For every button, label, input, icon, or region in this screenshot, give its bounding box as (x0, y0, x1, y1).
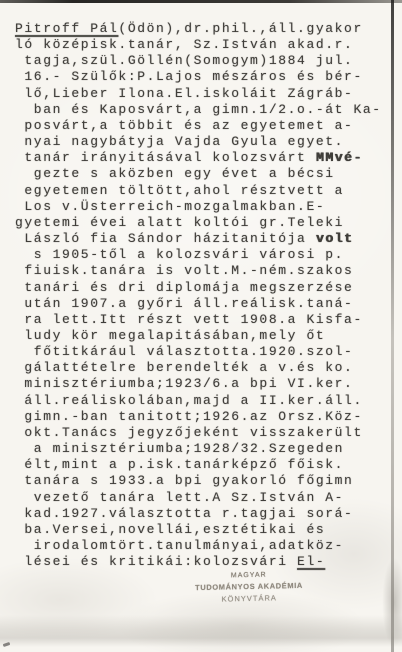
text-line: gimn.-ban tanitott;1926.az Orsz.Köz- (15, 409, 402, 425)
text-line: László fia Sándor házitanitója volt (15, 231, 402, 247)
text-line: főtitkárául választotta.1920.szol- (15, 344, 402, 360)
text-line: okt.Tanács jegyzőjeként visszakerült (15, 425, 402, 441)
text-line: tanári és dri diplomája megszerzése (15, 280, 402, 296)
text-line: tanár irányitásával kolozsvárt MMvé- (15, 150, 402, 166)
text-line: ban és Kaposvárt,a gimn.1/2.o.-át Ka- (15, 102, 402, 118)
text-line: tanára s 1933.a bpi gyakorló főgimn (15, 473, 402, 489)
text-line: kad.1927.választotta r.tagjai sorá- (15, 506, 402, 522)
text-line: ló középisk.tanár, Sz.István akad.r. (15, 37, 402, 53)
typewritten-text: Pitroff Pál(Ödön),dr.phil.,áll.gyakorló … (15, 21, 402, 570)
stamp-line-3: KÖNYVTÁRA (191, 592, 307, 606)
text-line: minisztériumba;1923/6.a bpi VI.ker. (15, 376, 402, 392)
text-line: posvárt,a többit és az egyetemet a- (15, 118, 402, 134)
text-line: egyetemen töltött,ahol résztvett a (15, 183, 402, 199)
text-line: áll.reáliskolában,majd a II.ker.áll. (15, 393, 402, 409)
text-line: élt,mint a p.isk.tanárképző főisk. (15, 457, 402, 473)
text-line: vezető tanára lett.A Sz.István A- (15, 490, 402, 506)
text-line: után 1907.a győri áll.reálisk.taná- (15, 296, 402, 312)
text-line: Los v.Üsterreich-mozgalmakban.E- (15, 199, 402, 215)
text-line: tagja,szül.Göllén(Somogym)1884 jul. (15, 53, 402, 69)
text-line: ba.Versei,novellái,esztétikai és (15, 522, 402, 538)
scanned-document-page: Pitroff Pál(Ödön),dr.phil.,áll.gyakorló … (0, 0, 402, 652)
text-line: ludy kör megalapitásában,mely őt (15, 328, 402, 344)
text-line: gyetemi évei alatt koltói gr.Teleki (15, 215, 402, 231)
text-line: irodalomtört.tanulmányai,adatköz- (15, 538, 402, 554)
text-line: Pitroff Pál(Ödön),dr.phil.,áll.gyakor (15, 21, 402, 37)
library-stamp: MAGYAR TUDOMÁNYOS AKADÉMIA KÖNYVTÁRA (191, 569, 308, 606)
text-line: lései és kritikái:kolozsvári El- (15, 554, 402, 570)
text-line: fiuisk.tanára is volt.M.-ném.szakos (15, 263, 402, 279)
scan-edge-top (0, 0, 402, 3)
text-line: s 1905-től a kolozsvári városi p. (15, 247, 402, 263)
text-line: gálattételre berendelték a v.és ko. (15, 360, 402, 376)
text-line: a minisztériumba;1928/32.Szegeden (15, 441, 402, 457)
text-line: lő,Lieber Ilona.El.iskoláit Zágráb- (15, 86, 402, 102)
text-line: gezte s aközben egy évet a bécsi (15, 166, 402, 182)
text-line: nyai nagybátyja Vajda Gyula egyet. (15, 134, 402, 150)
text-line: 16.- Szülők:P.Lajos mészáros és bér- (15, 69, 402, 85)
text-line: ra lett.Itt részt vett 1908.a Kisfa- (15, 312, 402, 328)
scan-shadow-bottom (0, 615, 402, 647)
